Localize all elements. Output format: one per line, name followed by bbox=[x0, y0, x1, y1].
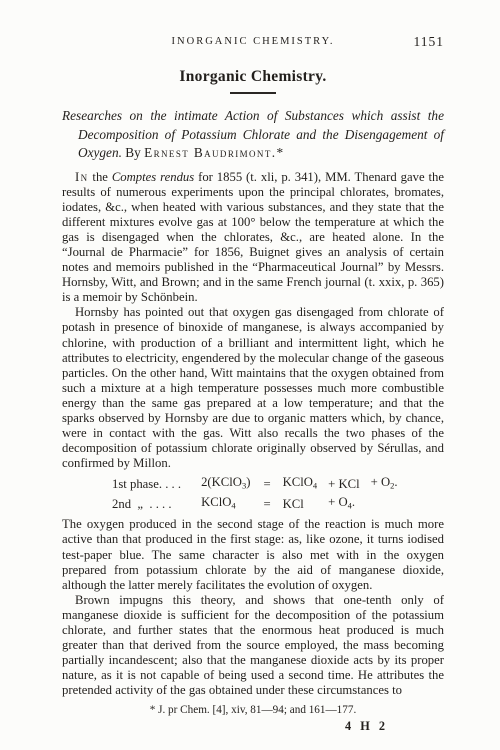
equation-label: 1st phase. . . . bbox=[112, 474, 201, 494]
text-run: Comptes rendus bbox=[112, 170, 194, 184]
equation-row: 1st phase. . . .2(KClO3)=KClO4+ KCl+ O2. bbox=[112, 474, 409, 494]
signature-mark: 4 H 2 bbox=[62, 719, 444, 734]
running-header: INORGANIC CHEMISTRY. 1151 bbox=[62, 36, 444, 52]
equation-row: 2nd „ . . . .KClO4=KCl+ O4. bbox=[112, 494, 409, 514]
text-run: for 1855 (t. xli, p. 341), MM. Thenard g… bbox=[62, 170, 444, 305]
text-run: KClO bbox=[283, 475, 313, 489]
text-run: . bbox=[352, 495, 355, 509]
text-run: The oxygen produced in the second stage … bbox=[62, 517, 444, 591]
equation-term: + O4. bbox=[328, 494, 370, 514]
running-header-title: INORGANIC CHEMISTRY. bbox=[172, 36, 335, 47]
equations-table: 1st phase. . . .2(KClO3)=KClO4+ KCl+ O2.… bbox=[112, 474, 409, 514]
text-run: . bbox=[394, 475, 397, 489]
equation-term: = bbox=[261, 494, 282, 514]
text-run: Brown impugns this theory, and shows tha… bbox=[62, 593, 444, 698]
body-paragraph: Hornsby has pointed out that oxygen gas … bbox=[62, 305, 444, 471]
text-run: Ernest Baudrimont.* bbox=[144, 145, 284, 160]
heading-rule bbox=[230, 92, 276, 94]
footnote: * J. pr Chem. [4], xiv, 81—94; and 161—1… bbox=[62, 704, 444, 716]
text-run: + O bbox=[328, 495, 348, 509]
equation-term: KClO4 bbox=[201, 494, 261, 514]
text-run: ) bbox=[246, 475, 250, 489]
text-run: = bbox=[263, 477, 270, 491]
body-paragraph: In the Comptes rendus for 1855 (t. xli, … bbox=[62, 170, 444, 306]
equation-term: + KCl bbox=[328, 474, 370, 494]
section-heading: Inorganic Chemistry. bbox=[62, 68, 444, 86]
article-title: Researches on the intimate Action of Sub… bbox=[62, 107, 444, 163]
text-run: = bbox=[263, 497, 270, 511]
article-body: In the Comptes rendus for 1855 (t. xli, … bbox=[62, 170, 444, 699]
text-run: KCl bbox=[283, 497, 304, 511]
equation-term: + O2. bbox=[371, 474, 409, 494]
text-run: + KCl bbox=[328, 477, 359, 491]
text-run: By bbox=[122, 145, 144, 160]
body-paragraph: Brown impugns this theory, and shows tha… bbox=[62, 593, 444, 699]
equation-term: = bbox=[261, 474, 282, 494]
text-run: + O bbox=[371, 475, 391, 489]
equation-term: KCl bbox=[283, 494, 329, 514]
text-run: KClO bbox=[201, 495, 231, 509]
equation-term: 2(KClO3) bbox=[201, 474, 261, 494]
page-number: 1151 bbox=[414, 34, 445, 50]
text-run: the bbox=[89, 170, 112, 184]
equation-label: 2nd „ . . . . bbox=[112, 494, 201, 514]
subscript: 4 bbox=[313, 481, 317, 491]
subscript: 4 bbox=[231, 501, 235, 511]
journal-page: INORGANIC CHEMISTRY. 1151 Inorganic Chem… bbox=[0, 0, 500, 750]
body-paragraph: The oxygen produced in the second stage … bbox=[62, 517, 444, 592]
equation-term: KClO4 bbox=[283, 474, 329, 494]
text-run: Hornsby has pointed out that oxygen gas … bbox=[62, 305, 444, 470]
text-run: 2(KClO bbox=[201, 475, 242, 489]
text-run: In bbox=[75, 170, 89, 184]
